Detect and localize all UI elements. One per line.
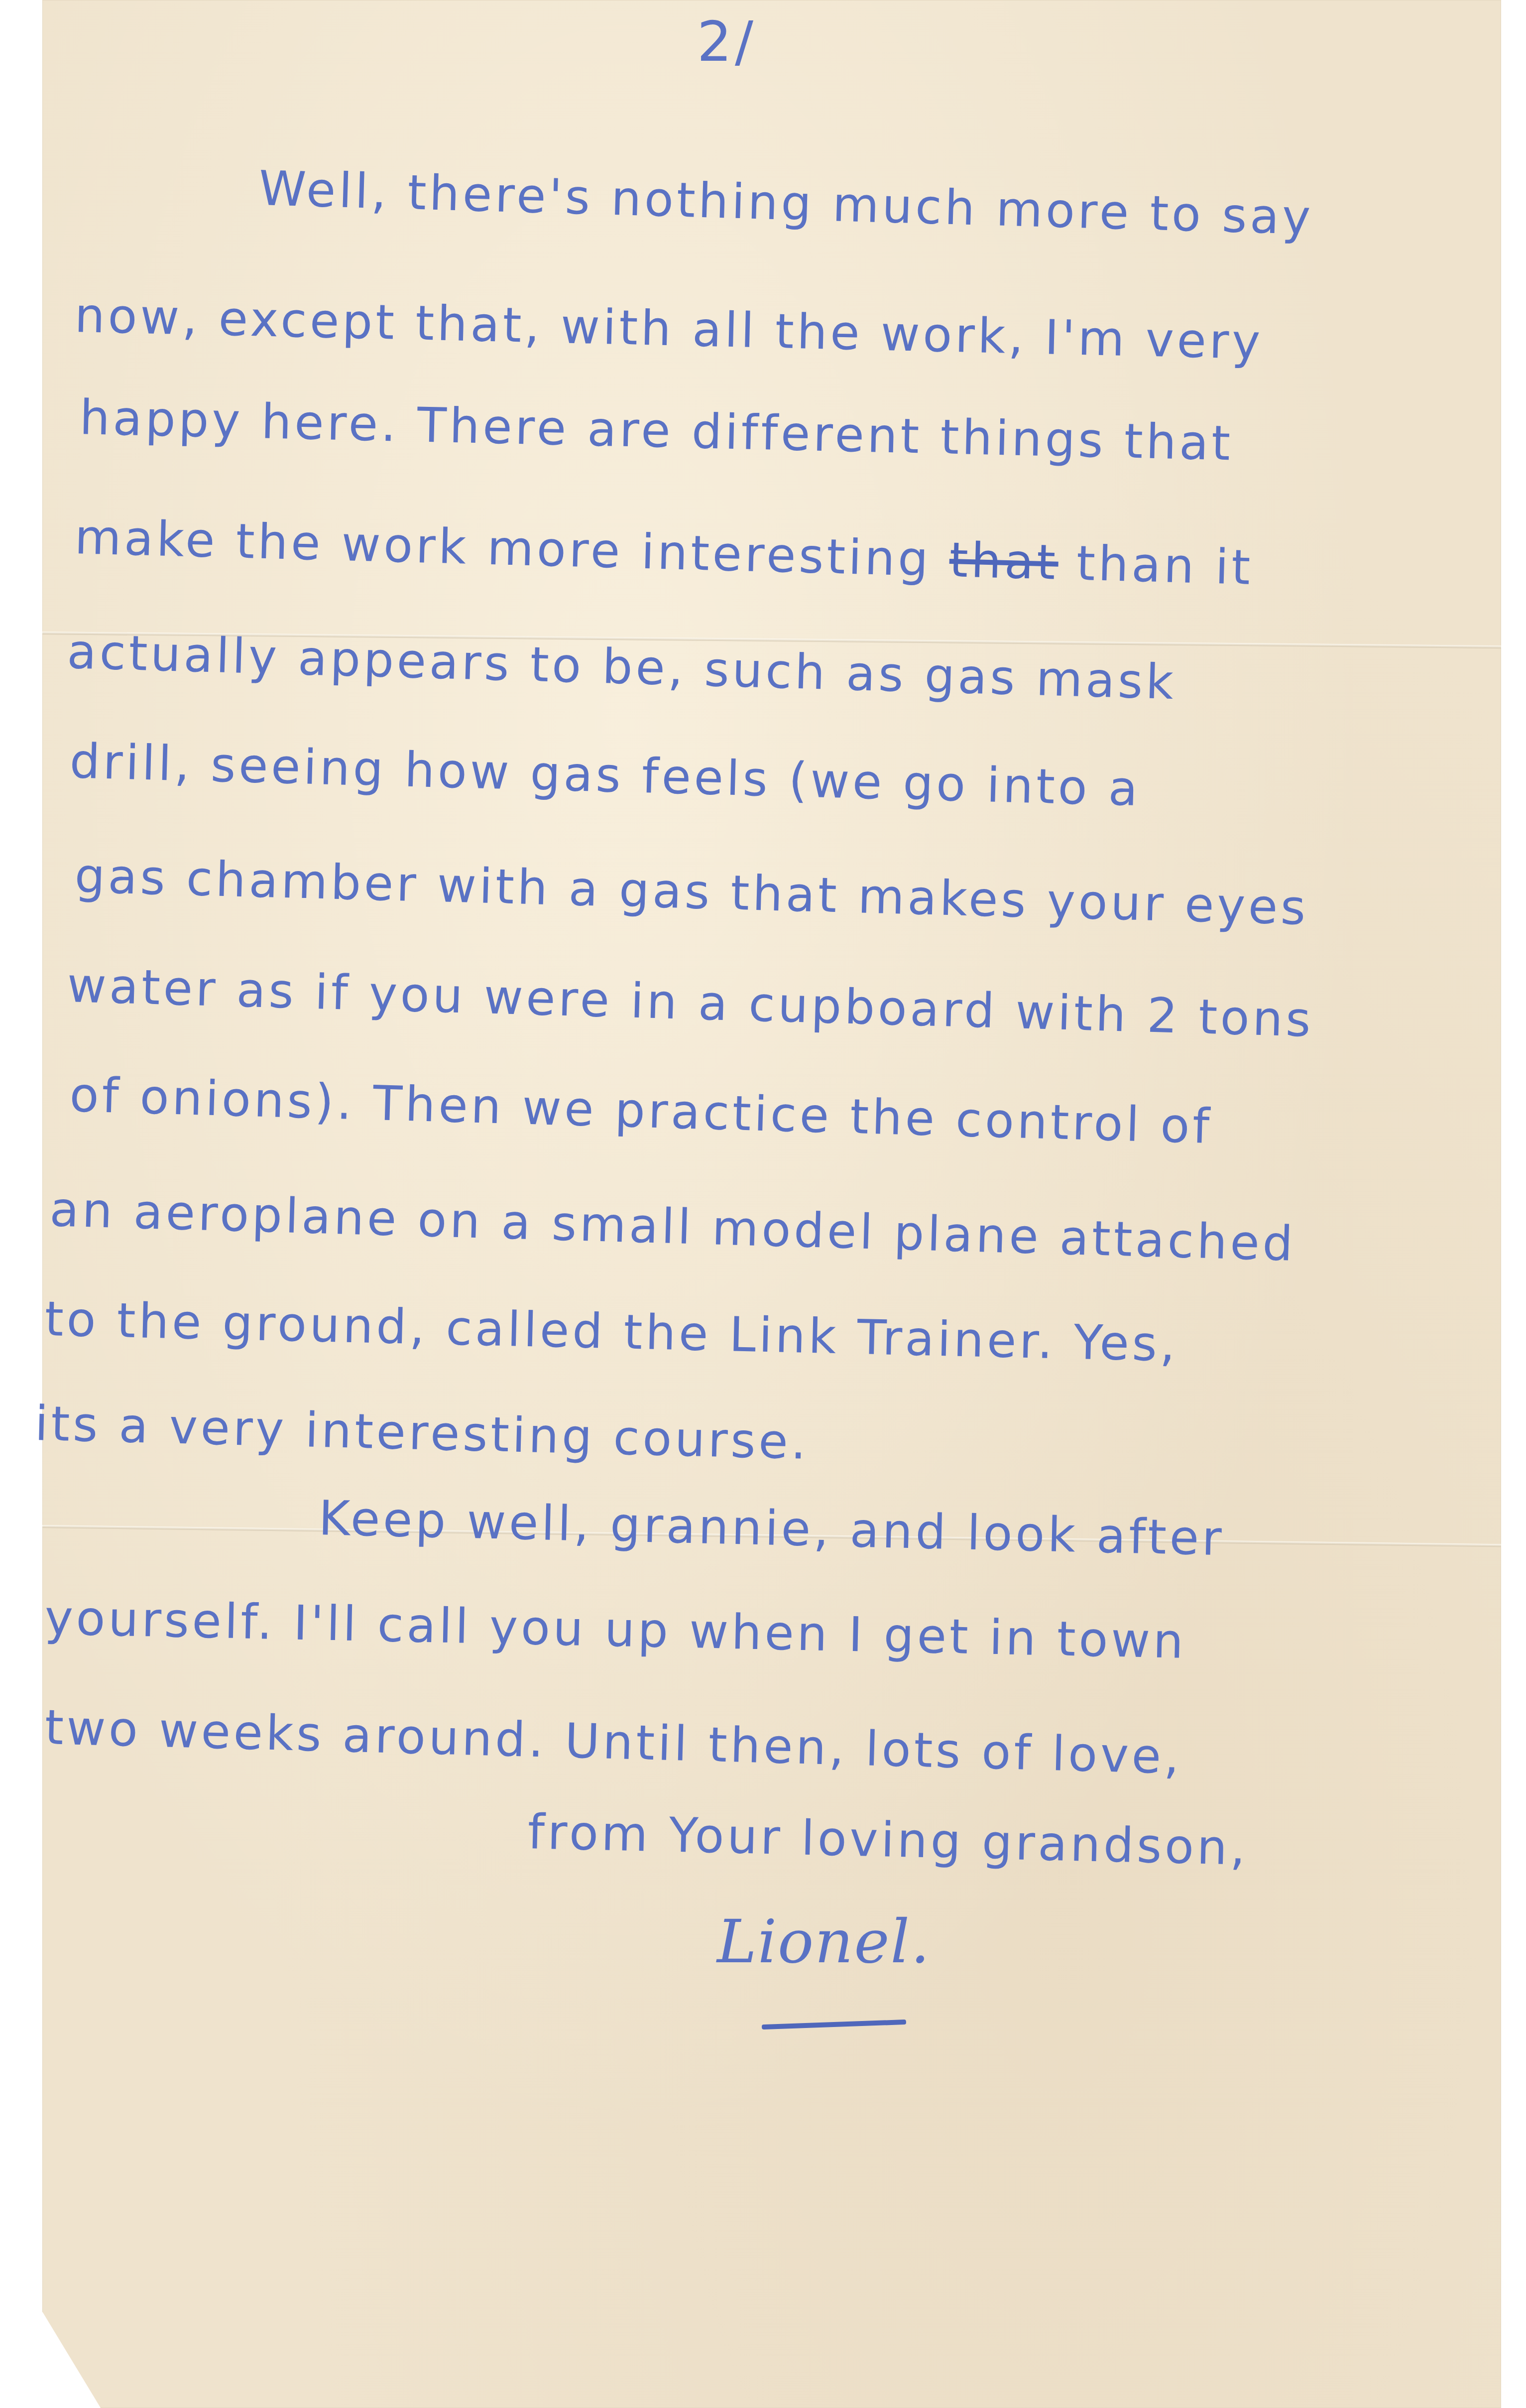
struck-out-word: that: [948, 532, 1059, 591]
letter-line-tail: than it: [1076, 535, 1254, 596]
page-number: 2/: [697, 10, 756, 74]
signature: Lionel.: [717, 1907, 931, 1977]
